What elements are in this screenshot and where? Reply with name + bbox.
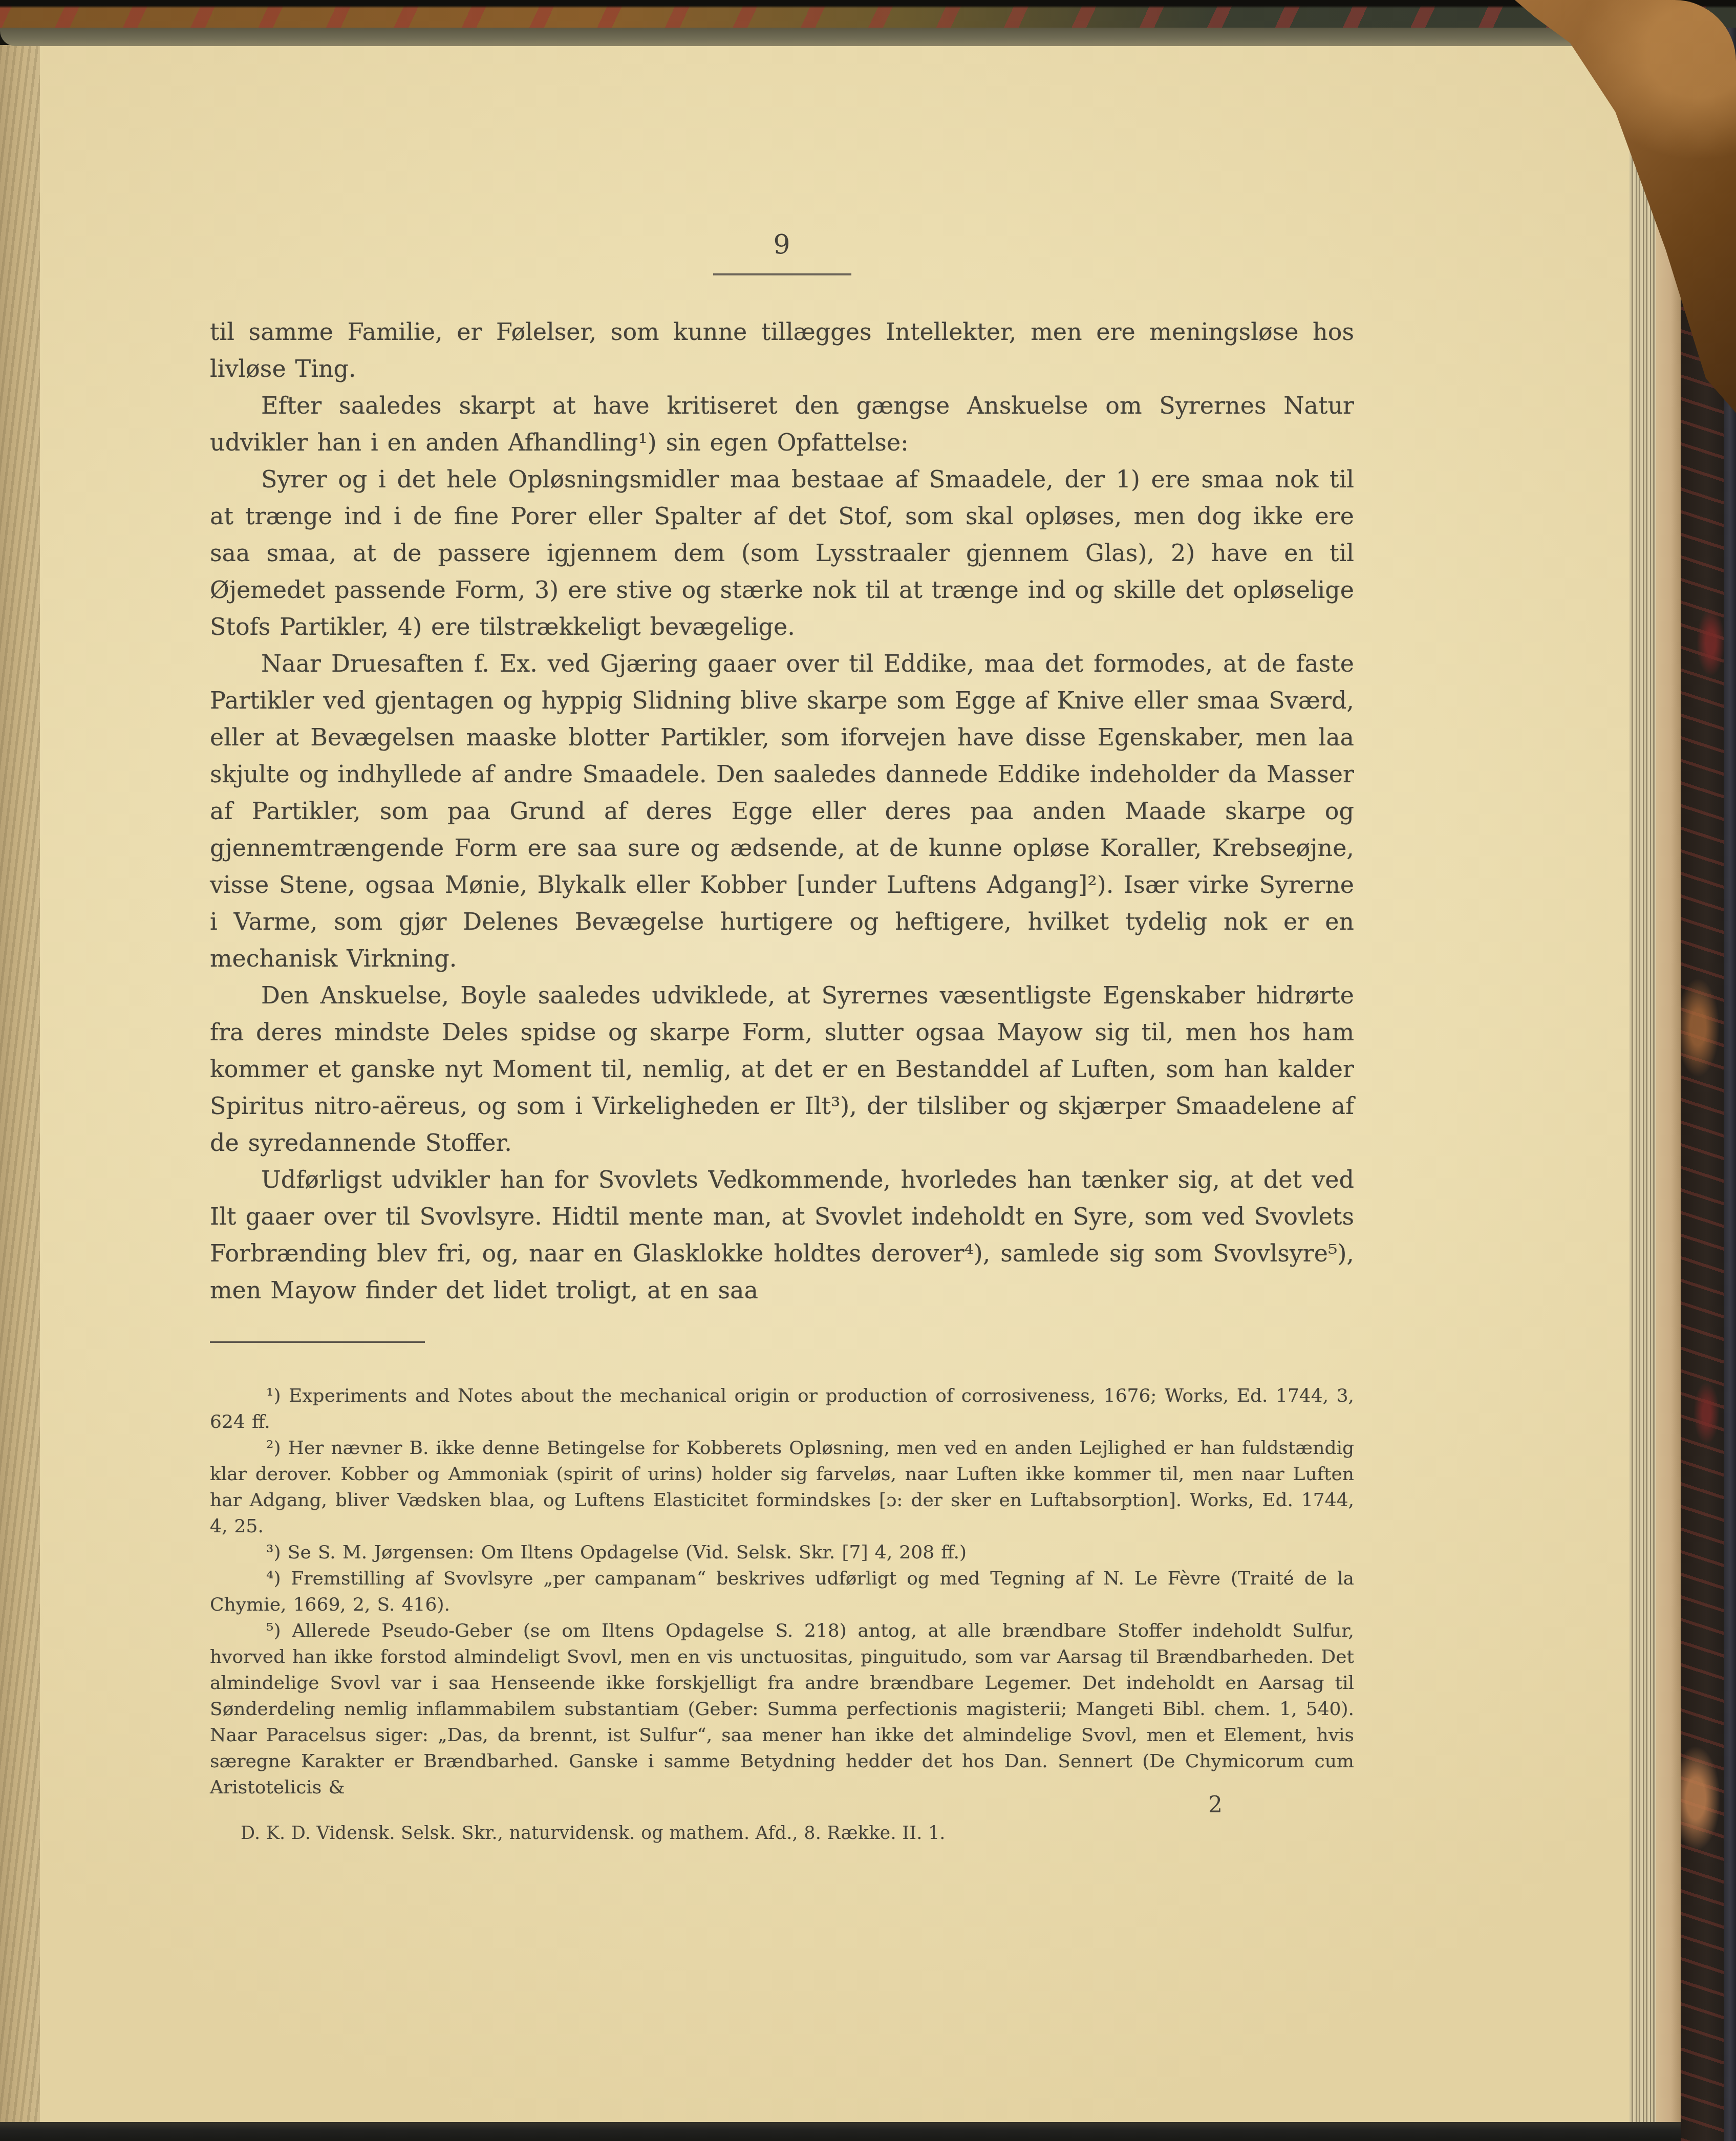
footnotes: ¹) Experiments and Notes about the mecha…	[210, 1383, 1354, 1801]
body-paragraph: Naar Druesaften f. Ex. ved Gjæring gaaer…	[210, 645, 1354, 977]
page-edge-stack	[1630, 46, 1656, 2122]
body-paragraph: Efter saaledes skarpt at have kritiseret…	[210, 387, 1354, 461]
body-paragraph: Udførligst udvikler han for Svovlets Ved…	[210, 1161, 1354, 1309]
page-top-shadow	[0, 28, 1682, 46]
book-cover-top-edge	[0, 0, 1736, 28]
body-paragraph: til samme Familie, er Følelser, som kunn…	[210, 313, 1354, 387]
text-column: 9 til samme Familie, er Følelser, som ku…	[210, 45, 1354, 1844]
body-text: til samme Familie, er Følelser, som kunn…	[210, 313, 1354, 1309]
book-page: 9 til samme Familie, er Følelser, som ku…	[40, 45, 1630, 2122]
cover-inner-tan-band	[1656, 46, 1681, 2122]
body-paragraph: Syrer og i det hele Opløsningsmidler maa…	[210, 461, 1354, 645]
gutter-page-edge	[0, 45, 40, 2122]
footnote: ³) Se S. M. Jørgensen: Om Iltens Opdagel…	[210, 1539, 1354, 1566]
series-footer: D. K. D. Vidensk. Selsk. Skr., naturvide…	[241, 1823, 1354, 1844]
bottom-scan-edge	[0, 2122, 1736, 2141]
page-number: 9	[210, 229, 1354, 260]
body-paragraph: Den Anskuelse, Boyle saaledes udviklede,…	[210, 977, 1354, 1161]
footnote-separator	[210, 1341, 425, 1343]
footnote: ⁵) Allerede Pseudo-Geber (se om Iltens O…	[210, 1618, 1354, 1801]
page-number-rule	[713, 273, 851, 275]
footnote: ¹) Experiments and Notes about the mecha…	[210, 1383, 1354, 1435]
scanned-book-page: 9 til samme Familie, er Følelser, som ku…	[0, 0, 1736, 2141]
footnote: ²) Her nævner B. ikke denne Betingelse f…	[210, 1435, 1354, 1539]
signature-mark: 2	[1208, 1792, 1223, 1818]
footnote: ⁴) Fremstilling af Svovlsyre „per campan…	[210, 1566, 1354, 1618]
